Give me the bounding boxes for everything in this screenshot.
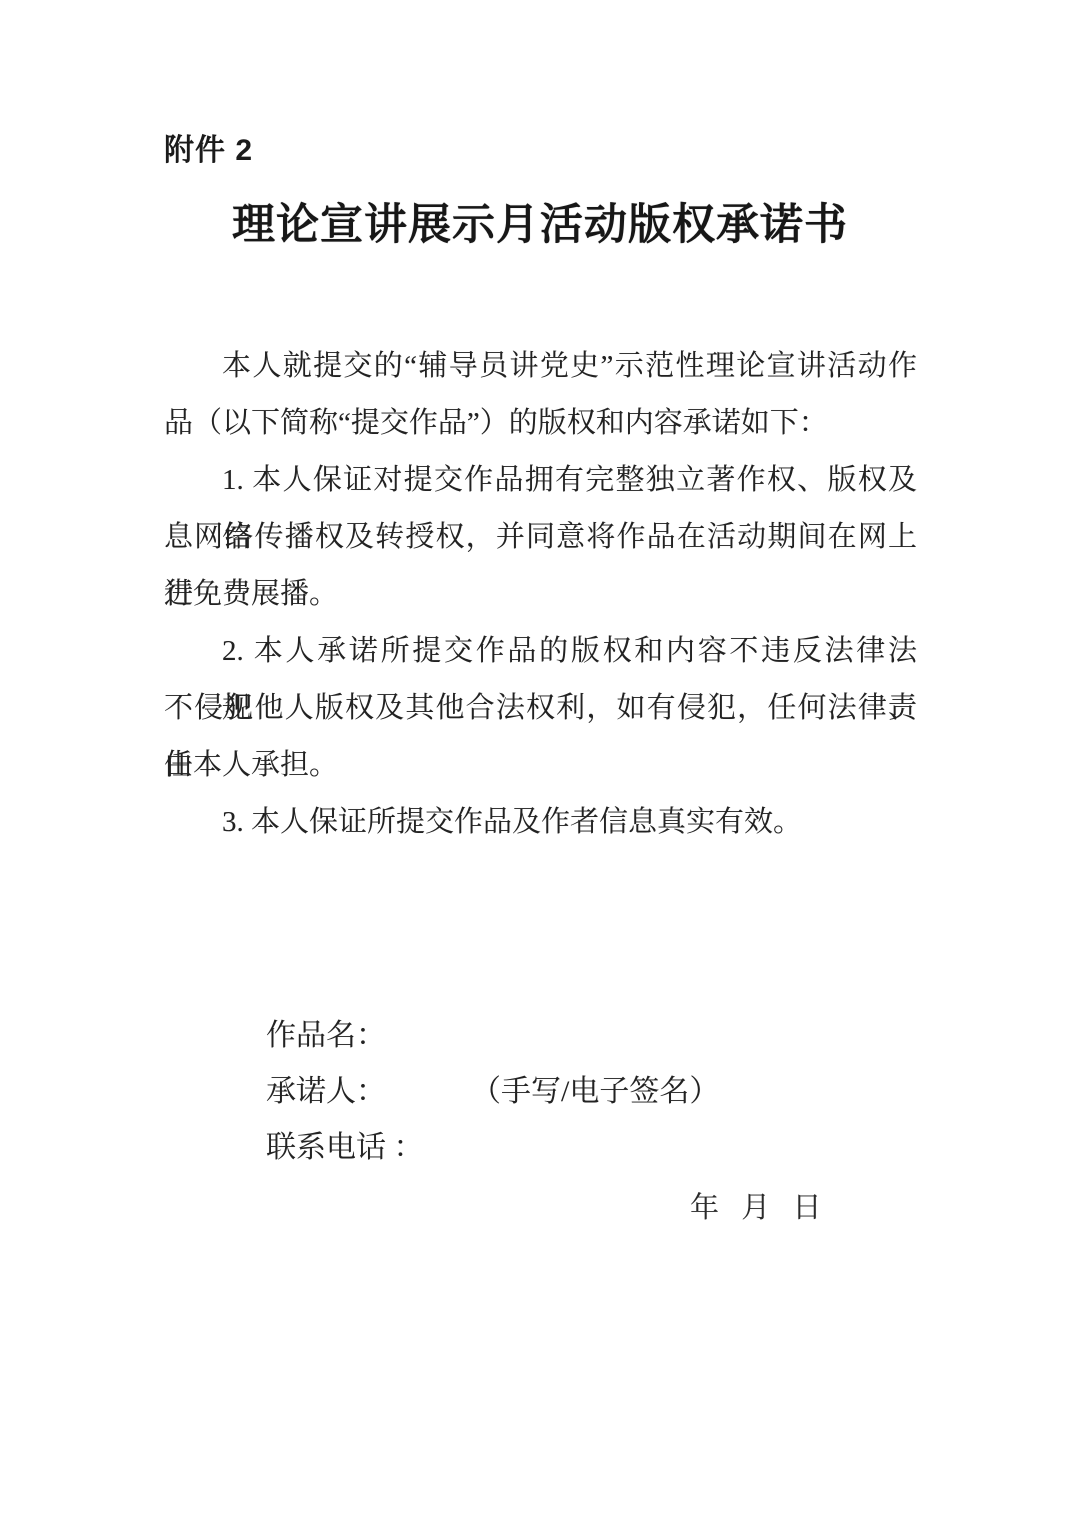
date-placeholder-line: 年 月 日 (690, 1180, 822, 1237)
work-name-field-label: 作品名： (266, 1019, 386, 1052)
document-page: 附件 2 理论宣讲展示月活动版权承诺书 本人就提交的“辅导员讲党史”示范性理论宣… (0, 0, 1080, 1526)
body-line: 息网络传播权及转授权，并同意将作品在活动期间在网上进 (164, 509, 917, 566)
body-line: 由本人承担。 (164, 737, 917, 794)
signature-method-note: （手写/电子签名） (486, 1075, 719, 1108)
body-line: 本人就提交的“辅导员讲党史”示范性理论宣讲活动作 (164, 338, 917, 395)
body-line: 2. 本人承诺所提交作品的版权和内容不违反法律法规、 (164, 623, 917, 680)
document-title: 理论宣讲展示月活动版权承诺书 (0, 198, 1080, 254)
body-line: 不侵犯他人版权及其他合法权利，如有侵犯，任何法律责任 (164, 680, 917, 737)
body-line: 1. 本人保证对提交作品拥有完整独立著作权、版权及信 (164, 452, 917, 509)
signature-fields: 作品名： 承诺人：（手写/电子签名） 联系电话 ： (221, 952, 719, 1120)
promisor-field-label: 承诺人： (266, 1075, 386, 1108)
body-line: 3. 本人保证所提交作品及作者信息真实有效。 (164, 794, 917, 851)
body-line: 品（以下简称“提交作品”）的版权和内容承诺如下： (164, 395, 917, 452)
document-body: 本人就提交的“辅导员讲党史”示范性理论宣讲活动作 品（以下简称“提交作品”）的版… (164, 338, 917, 851)
phone-field-label: 联系电话 ： (266, 1131, 424, 1164)
work-name-field: 作品名： (221, 952, 719, 1008)
body-line: 行免费展播。 (164, 566, 917, 623)
attachment-label: 附件 2 (164, 132, 253, 170)
